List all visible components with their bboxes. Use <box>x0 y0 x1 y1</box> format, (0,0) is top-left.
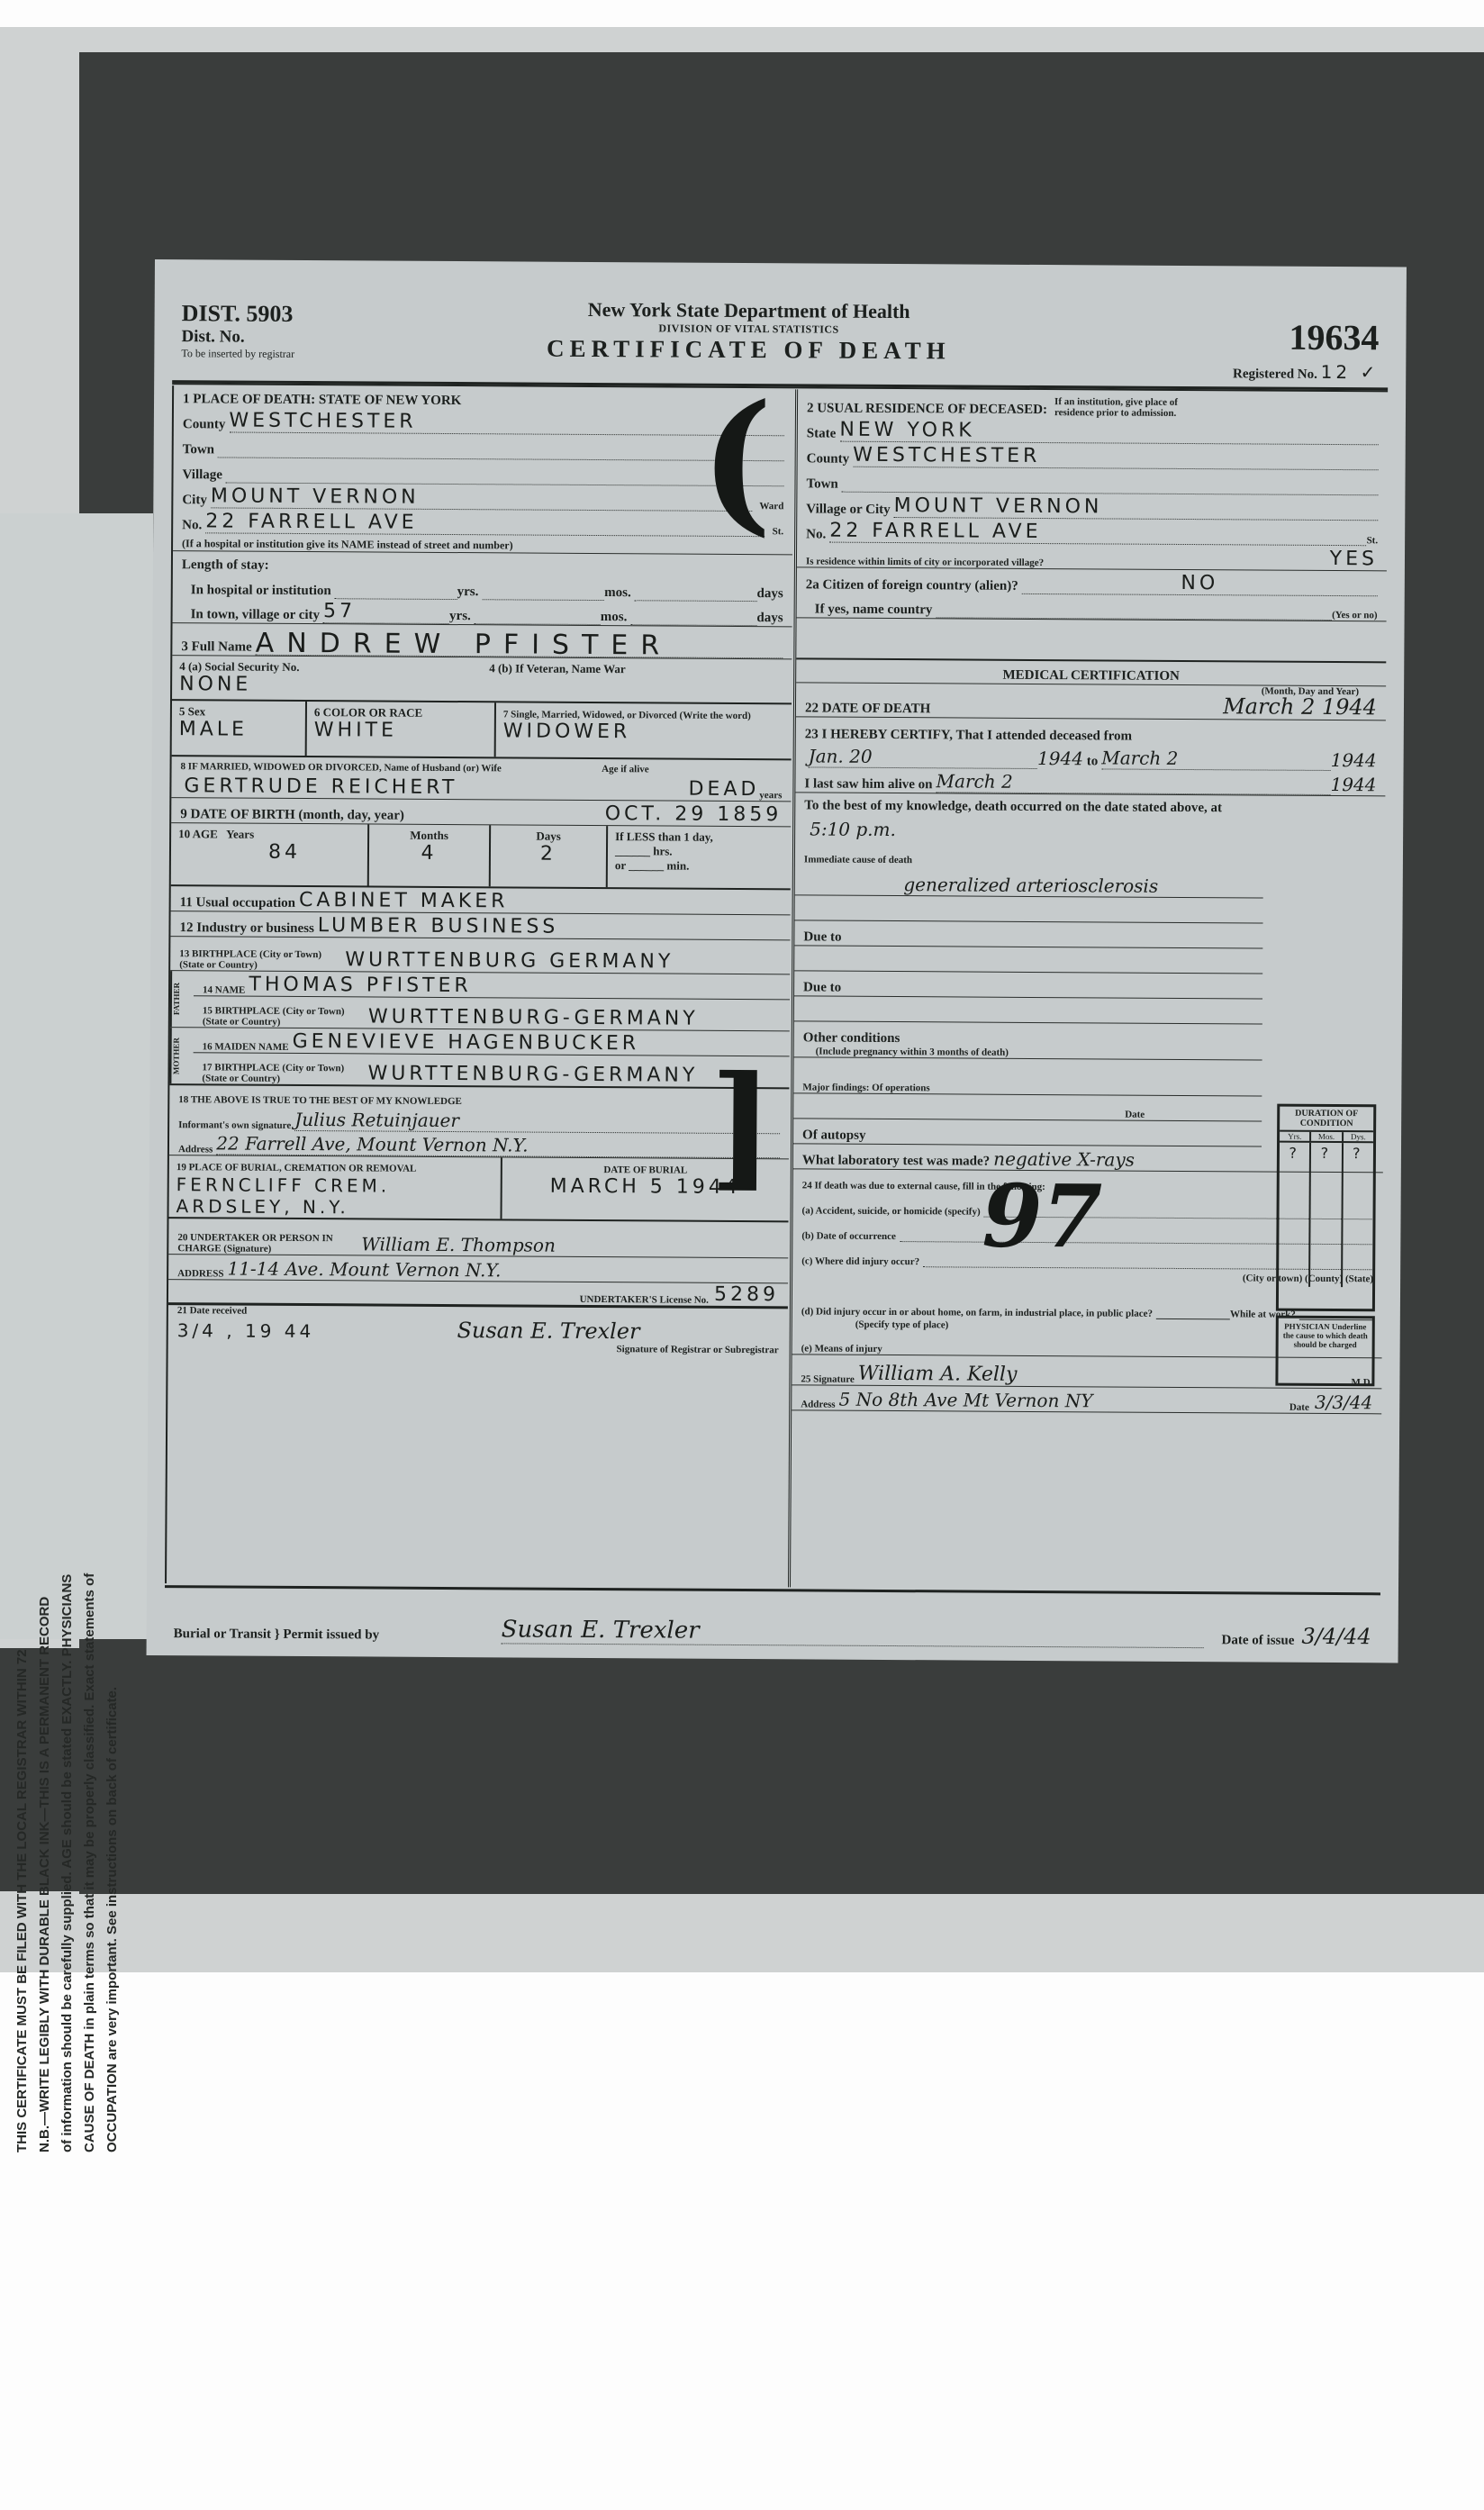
certify-row: 23 I HEREBY CERTIFY, That I attended dec… <box>796 717 1386 746</box>
date-of-death-row: 22 DATE OF DEATHMarch 2 1944(Month, Day … <box>796 683 1386 720</box>
age-years-value: 84 <box>268 841 301 864</box>
res-street-row: No.22 FARRELL AVESt. <box>797 517 1387 546</box>
res-state-row: StateNEW YORK <box>798 416 1388 445</box>
mother-maiden-value: GENEVIEVE HAGENBUCKER <box>293 1031 781 1056</box>
informant-signature-row: Informant's own signatureJulius Retuinja… <box>169 1105 789 1134</box>
permit-signature: Susan E. Trexler <box>502 1616 1204 1648</box>
res-city-row: Village or CityMOUNT VERNON <box>797 492 1387 521</box>
immediate-cause-value: generalized arteriosclerosis <box>808 873 1254 897</box>
ward-bracket-mark: ( <box>700 371 774 551</box>
res-state-value: NEW YORK <box>839 420 1379 446</box>
physician-date: 3/3/44 <box>1315 1391 1373 1413</box>
citizen-value: NO <box>1022 572 1378 596</box>
district-note: To be inserted by registrar <box>181 347 294 361</box>
registered-number: Registered No. 12 ✓ <box>1233 360 1379 383</box>
undertaker-address-row: ADDRESS11-14 Ave. Mount Vernon N.Y. <box>168 1255 788 1283</box>
undertaker-address: 11-14 Ave. Mount Vernon N.Y. <box>227 1258 779 1283</box>
last-saw-row: I last saw him alive onMarch 21944 <box>795 767 1385 796</box>
certificate-margin: THIS CERTIFICATE MUST BE FILED WITH THE … <box>0 513 153 1639</box>
physician-address-row: Address5 No 8th Ave Mt Vernon NYDate3/3/… <box>792 1385 1381 1414</box>
mother-block: MOTHER 16 MAIDEN NAMEGENEVIEVE HAGENBUCK… <box>169 1028 789 1089</box>
res-county-row: CountyWESTCHESTER <box>798 441 1388 470</box>
informant-address-row: Address22 Farrell Ave, Mount Vernon N.Y. <box>169 1130 789 1159</box>
autopsy-row: Of autopsy <box>793 1119 1262 1146</box>
res-limits-value: YES <box>1047 547 1378 570</box>
permit-footer: Burial or Transit } Permit issued by Sus… <box>165 1585 1380 1654</box>
informant-address: 22 Farrell Ave, Mount Vernon N.Y. <box>216 1132 780 1158</box>
time-of-death-row: To the best of my knowledge, death occur… <box>795 793 1263 842</box>
agency-name: New York State Department of Health <box>533 298 965 324</box>
father-name-value: THOMAS PFISTER <box>249 974 781 1000</box>
stamp-number: 97 <box>982 1165 1102 1268</box>
race-value: WHITE <box>314 719 397 742</box>
license-value: 5289 <box>714 1284 779 1306</box>
attended-to: March 2 <box>1101 747 1331 771</box>
res-town-row: Town <box>797 467 1387 495</box>
scan-background-lower <box>0 1648 1484 1891</box>
ss-veteran-row: 4 (a) Social Security No.NONE 4 (b) If V… <box>172 656 792 704</box>
spouse-age-value: DEAD <box>688 779 759 801</box>
undertaker-signature: William E. Thompson <box>361 1233 779 1257</box>
occupation-row: 11 Usual occupationCABINET MAKER <box>171 886 791 915</box>
left-column: 1 PLACE OF DEATH: STATE OF NEW YORK Coun… <box>165 385 793 1587</box>
town-stay-row: In town, village or city57yrs.mos.days <box>173 598 792 627</box>
immediate-cause-row: generalized arteriosclerosis <box>795 865 1263 898</box>
occupation-value: CABINET MAKER <box>299 890 782 914</box>
permit-label: Burial or Transit } Permit issued by <box>174 1627 498 1644</box>
physician-address: 5 No 8th Ave Mt Vernon NY <box>839 1389 1289 1413</box>
res-street-value: 22 FARRELL AVE <box>829 521 1367 547</box>
margin-instructions: THIS CERTIFICATE MUST BE FILED WITH THE … <box>11 1027 123 2152</box>
registered-value: 12 ✓ <box>1321 361 1380 383</box>
sex-race-marital-row: 5 SexMALE 6 COLOR OR RACEWHITE 7 Single,… <box>172 701 792 760</box>
country-row: If yes, name country(Yes or no) <box>797 593 1387 621</box>
immediate-cause-label: Immediate cause of death <box>795 839 1263 867</box>
res-county-value: WESTCHESTER <box>853 445 1379 471</box>
license-row: UNDERTAKER'S License No.5289 <box>168 1280 788 1309</box>
father-name-row: 14 NAMETHOMAS PFISTER <box>194 971 790 1000</box>
ss-value: NONE <box>179 673 251 695</box>
burial-place-value: FERNCLIFF CREM. ARDSLEY, N.Y. <box>176 1173 391 1218</box>
age-months-value: 4 <box>421 842 437 865</box>
pod-city-value: MOUNT VERNON <box>211 485 753 512</box>
marital-value: WIDOWER <box>503 720 631 743</box>
father-block: FATHER 14 NAMETHOMAS PFISTER 15 BIRTHPLA… <box>170 971 790 1031</box>
age-days-value: 2 <box>540 843 556 865</box>
informant-signature: Julius Retuinjauer <box>294 1109 780 1134</box>
father-birthplace-value: WURTTENBURG-GERMANY <box>368 1006 781 1030</box>
industry-row: 12 Industry or businessLUMBER BUSINESS <box>170 911 790 940</box>
mother-tag: MOTHER <box>169 1028 193 1083</box>
attended-row: Jan. 201944 toMarch 21944 <box>796 742 1386 771</box>
residence-heading: 2 USUAL RESIDENCE OF DECEASED:If an inst… <box>798 389 1388 420</box>
registrar-row: 21 Date received 3/4 , 19 44 Susan E. Tr… <box>168 1305 788 1363</box>
hospital-stay-row: In hospital or institutionyrs.mos.days <box>173 573 792 602</box>
burial-row: 19 PLACE OF BURIAL, CREMATION OR REMOVAL… <box>168 1155 788 1222</box>
due-to-row-1: Due to <box>794 920 1262 948</box>
pod-street-value: 22 FARRELL AVE <box>205 511 765 537</box>
due-to-row-2: Due to <box>794 971 1262 999</box>
major-findings-row: Major findings: Of operations <box>793 1057 1262 1096</box>
duration-box: DURATION OF CONDITION Yrs. Mos. Dys. ? ?… <box>1276 1104 1376 1312</box>
birthplace-value: WURTTENBURG GERMANY <box>345 949 781 974</box>
time-of-death-value: 5:10 p.m. <box>810 818 896 840</box>
findings-date-row: Date <box>793 1093 1262 1121</box>
spouse-value: GERTRUDE REICHERT <box>184 775 688 800</box>
certificate-header: DIST. 5903 Dist. No. To be inserted by r… <box>154 259 1407 393</box>
certificate-number: 19634 <box>1289 316 1379 359</box>
attended-from: Jan. 20 <box>809 745 1038 769</box>
document-title: CERTIFICATE OF DEATH <box>532 335 964 366</box>
full-name-row: 3 Full NameANDREW PFISTER <box>172 623 792 659</box>
age-row: 10 AGE Years84 Months4 Days2 If LESS tha… <box>171 823 791 890</box>
dob-row: 9 DATE OF BIRTH (month, day, year)OCT. 2… <box>171 798 791 827</box>
father-birthplace-row: 15 BIRTHPLACE (City or Town) (State or C… <box>194 996 790 1030</box>
pen-mark: ] <box>710 1047 774 1205</box>
date-received-value: 3/4 , 19 44 <box>177 1319 315 1342</box>
title-block: New York State Department of Health DIVI… <box>532 298 964 366</box>
district-number: DIST. 5903 <box>182 300 294 327</box>
spouse-row: 8 IF MARRIED, WIDOWED OR DIVORCED, Name … <box>171 757 791 802</box>
mother-maiden-row: 16 MAIDEN NAMEGENEVIEVE HAGENBUCKER <box>194 1028 790 1056</box>
registrar-signature: Susan E. Trexler <box>318 1317 779 1345</box>
physician-note-box: PHYSICIAN Underline the cause to which d… <box>1275 1316 1374 1387</box>
town-stay-years: 57 <box>323 601 449 624</box>
res-limits-row: Is residence within limits of city or in… <box>797 542 1387 571</box>
sex-value: MALE <box>179 718 248 740</box>
district-block: DIST. 5903 Dist. No. To be inserted by r… <box>181 300 294 361</box>
father-tag: FATHER <box>170 971 194 1027</box>
permit-date: 3/4/44 <box>1301 1624 1371 1649</box>
mother-birthplace-row: 17 BIRTHPLACE (City or Town) (State or C… <box>193 1053 789 1087</box>
res-city-value: MOUNT VERNON <box>894 495 1379 521</box>
citizen-row: 2a Citizen of foreign country (alien)?NO <box>797 567 1387 596</box>
other-conditions-row: Other conditions(Include pregnancy withi… <box>794 1021 1262 1060</box>
district-label: Dist. No. <box>181 327 244 346</box>
medical-heading: MEDICAL CERTIFICATION <box>796 657 1386 686</box>
death-certificate: DIST. 5903 Dist. No. To be inserted by r… <box>147 259 1407 1663</box>
birthplace-row: 13 BIRTHPLACE (City or Town) (State or C… <box>170 937 790 974</box>
last-saw-value: March 2 <box>937 770 1331 795</box>
dob-value: OCT. 29 1859 <box>408 802 782 827</box>
right-column: 2 USUAL RESIDENCE OF DECEASED:If an inst… <box>788 389 1388 1590</box>
undertaker-row: 20 UNDERTAKER OR PERSON IN CHARGE (Signa… <box>168 1219 788 1258</box>
full-name-value: ANDREW PFISTER <box>256 633 783 659</box>
industry-value: LUMBER BUSINESS <box>318 915 782 939</box>
